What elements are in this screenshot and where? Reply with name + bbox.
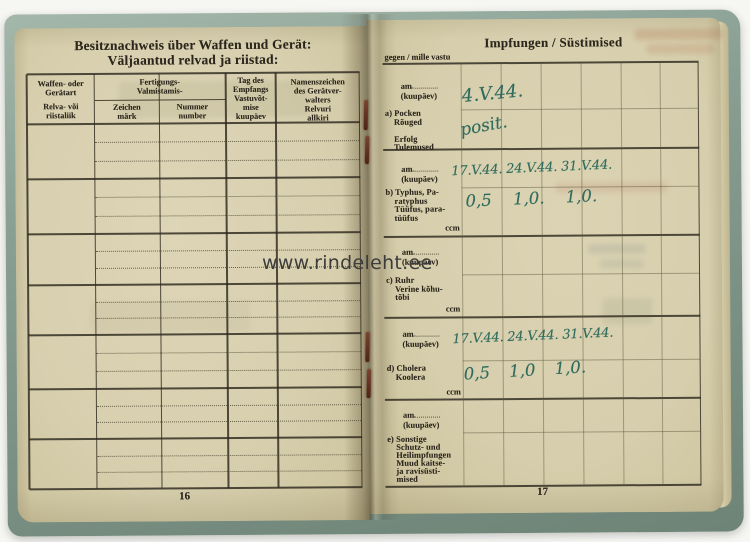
staple [367,369,372,398]
section-a-label: a) Pocken Rõuged Erfolg Tulemused [385,109,470,153]
header-weapon-type-de: Waffen- oder Gerätart [29,79,93,97]
header-weapon-type-et: Relva- või riistaliik [29,102,93,120]
section-d-label: d) Cholera Koolera [387,364,472,382]
staple [364,100,369,130]
section-d-unit: ccm [387,387,461,397]
kuupaev-label: (kuupäev) [403,420,439,429]
page-number-17: 17 [528,486,558,498]
header-manufacture: Fertigungs- Valmistamis- [95,77,225,96]
section-e-label: e) Sonstige Schutz- und Heilimpfungen Mu… [387,435,472,484]
header-receipt-date: Tag des Empfangs Vastuvõt- mise kuupäev [227,76,275,121]
show-through-smudge [602,298,652,324]
scanned-booklet-photo: Besitznachweis über Waffen und Gerät: Vä… [0,0,750,542]
staple [365,332,370,362]
kuupaev-label: (kuupäev) [401,91,437,100]
section-c-unit: ccm [386,304,460,314]
am-label: am [401,165,412,174]
right-page-title: Impfungen / Süstimised [418,34,688,52]
section-c-label: c) Ruhr Verine kõhu- tõbi [386,276,471,302]
page-number-16: 16 [170,490,200,502]
header-custodian-signature: Namenszeichen des Gerätver- walters Relv… [277,77,359,123]
left-page-title-estonian: Väljaantud relvad ja riistad: [26,51,359,69]
dotted-line [412,80,438,89]
kuupaev-label: (kuupäev) [402,339,438,348]
dotted-line [412,163,438,172]
section-b-unit: ccm [386,223,460,233]
staple [365,136,370,164]
date-label-e: am(kuupäev) [403,408,463,429]
date-label-a: am(kuupäev) [401,79,461,100]
am-label: am [402,330,413,339]
against-label: gegen / mille vastu [384,52,450,61]
dotted-line [414,409,440,418]
watermark-text: www.rindeleht.ee [262,252,432,274]
kuupaev-label: (kuupäev) [401,174,437,183]
show-through-smudge [588,244,646,253]
dotted-line [414,328,440,337]
section-b-label: b) Typhus, Pa- ratyphus Tüüfus, para- tü… [385,188,470,223]
header-mark: Zeichen märk [95,103,159,121]
am-label: am [401,82,412,91]
am-label: am [403,411,414,420]
header-number: Nummer number [160,102,225,120]
